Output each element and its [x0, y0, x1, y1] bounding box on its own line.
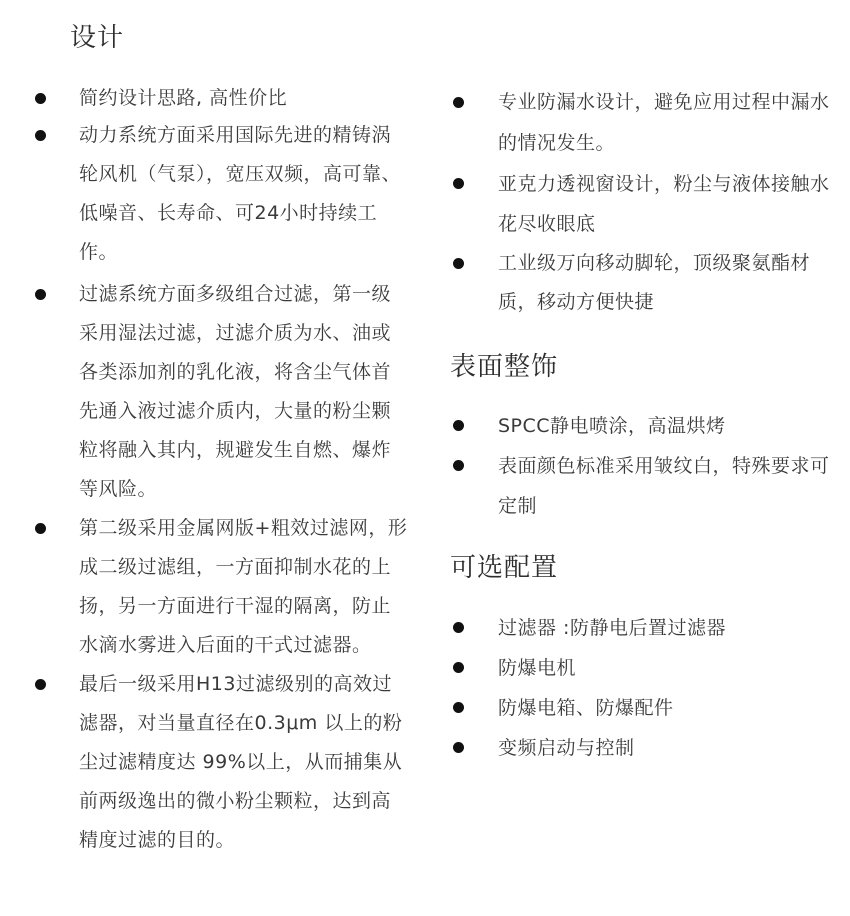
list-item-text: 过滤器 :防静电后置过滤器 [498, 617, 726, 639]
list-item-text: 第二级采用金属网版+粗效过滤网，形成二级过滤组，一方面抑制水花的上扬，另一方面进… [79, 517, 407, 656]
list-item: 亚克力透视窗设计，粉尘与液体接触水花尽收眼底 [453, 164, 838, 244]
options-list: 过滤器 :防静电后置过滤器 防爆电机 防爆电箱、防爆配件 变频启动与控制 [453, 608, 838, 768]
list-item-text: 动力系统方面采用国际先进的精铸涡轮风机（气泵），宽压双频，高可靠、低噪音、长寿命… [79, 124, 401, 263]
design-list-left: 简约设计思路, 高性价比 动力系统方面采用国际先进的精铸涡轮风机（气泵），宽压双… [35, 79, 409, 860]
list-item-text: SPCC静电喷涂，高温烘烤 [498, 415, 726, 437]
list-item: SPCC静电喷涂，高温烘烤 [453, 406, 838, 446]
surface-list: SPCC静电喷涂，高温烘烤 表面颜色标准采用皱纹白，特殊要求可定制 [453, 406, 838, 526]
list-item-text: 工业级万向移动脚轮，顶级聚氨酯材质，移动方便快捷 [498, 252, 810, 313]
list-item-text: 过滤系统方面多级组合过滤，第一级采用湿法过滤，过滤介质为水、油或各类添加剂的乳化… [79, 283, 391, 500]
bullet-icon [35, 93, 46, 104]
list-item: 变频启动与控制 [453, 728, 838, 768]
list-item-text: 亚克力透视窗设计，粉尘与液体接触水花尽收眼底 [498, 173, 830, 235]
bullet-icon [453, 420, 464, 431]
design-list-right: 专业防漏水设计，避免应用过程中漏水的情况发生。 亚克力透视窗设计，粉尘与液体接触… [453, 82, 838, 322]
list-item: 过滤系统方面多级组合过滤，第一级采用湿法过滤，过滤介质为水、油或各类添加剂的乳化… [35, 275, 409, 509]
bullet-icon [453, 662, 464, 673]
bullet-icon [453, 258, 464, 269]
list-item: 专业防漏水设计，避免应用过程中漏水的情况发生。 [453, 82, 838, 164]
bullet-icon [453, 702, 464, 713]
bullet-icon [453, 622, 464, 633]
list-item: 动力系统方面采用国际先进的精铸涡轮风机（气泵），宽压双频，高可靠、低噪音、长寿命… [35, 116, 409, 272]
bullet-icon [453, 460, 464, 471]
list-item-text: 防爆电机 [498, 657, 576, 679]
bullet-icon [35, 130, 46, 141]
design-heading: 设计 [70, 22, 124, 54]
list-item-text: 简约设计思路, 高性价比 [79, 87, 287, 109]
list-item: 简约设计思路, 高性价比 [35, 79, 409, 118]
options-heading: 可选配置 [450, 552, 558, 584]
list-item: 最后一级采用H13过滤级别的高效过滤器，对当量直径在0.3μm 以上的粉尘过滤精… [35, 665, 409, 860]
list-item-text: 变频启动与控制 [498, 737, 635, 759]
list-item-text: 最后一级采用H13过滤级别的高效过滤器，对当量直径在0.3μm 以上的粉尘过滤精… [79, 673, 402, 851]
bullet-icon [35, 523, 46, 534]
list-item: 防爆电机 [453, 648, 838, 688]
list-item: 表面颜色标准采用皱纹白，特殊要求可定制 [453, 446, 838, 526]
list-item: 工业级万向移动脚轮，顶级聚氨酯材质，移动方便快捷 [453, 244, 838, 322]
list-item: 第二级采用金属网版+粗效过滤网，形成二级过滤组，一方面抑制水花的上扬，另一方面进… [35, 509, 409, 665]
bullet-icon [453, 97, 464, 108]
list-item-text: 防爆电箱、防爆配件 [498, 697, 674, 719]
list-item: 过滤器 :防静电后置过滤器 [453, 608, 838, 648]
surface-heading: 表面整饰 [450, 351, 558, 383]
list-item-text: 专业防漏水设计，避免应用过程中漏水的情况发生。 [498, 91, 830, 154]
bullet-icon [35, 289, 46, 300]
bullet-icon [453, 742, 464, 753]
bullet-icon [35, 679, 46, 690]
list-item: 防爆电箱、防爆配件 [453, 688, 838, 728]
list-item-text: 表面颜色标准采用皱纹白，特殊要求可定制 [498, 455, 830, 517]
bullet-icon [453, 178, 464, 189]
